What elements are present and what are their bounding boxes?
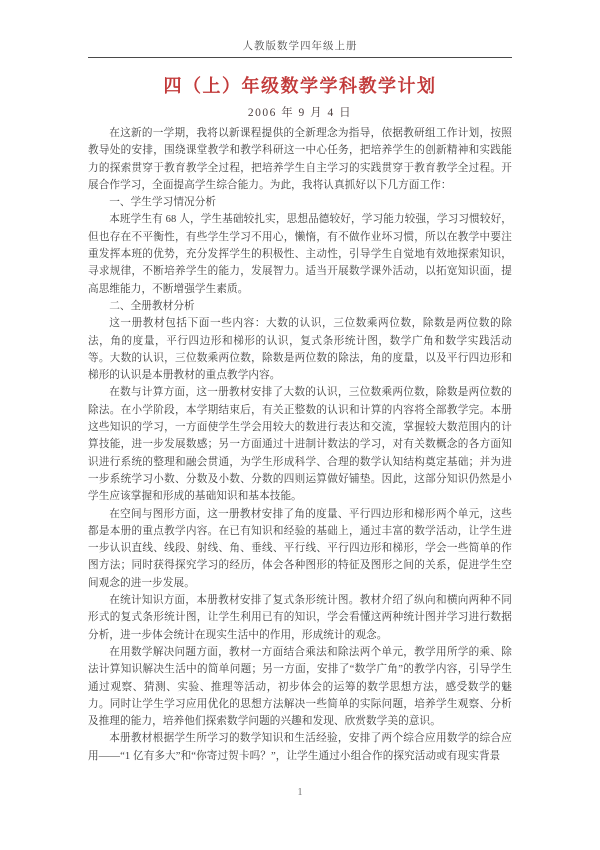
document-title: 四（上）年级数学学科教学计划 — [0, 72, 600, 98]
paragraph-space-geometry: 在空间与图形方面，这一册教材安排了角的度量、平行四边形和梯形两个单元，这些都是本… — [88, 506, 512, 592]
paragraph-problem-solving: 在用数学解决问题方面，教材一方面结合乘法和除法两个单元，教学用所学的乘、除法计算… — [88, 644, 512, 730]
paragraph-statistics: 在统计知识方面，本册教材安排了复式条形统计图。教材介绍了纵向和横向两种不同形式的… — [88, 592, 512, 644]
paragraph-textbook-overview: 这一册教材包括下面一些内容：大数的认识，三位数乘两位数，除数是两位数的除法，角的… — [88, 315, 512, 384]
page-header: 人教版数学四年级上册 — [88, 38, 512, 58]
section-heading-textbook-analysis: 二、全册教材分析 — [88, 298, 512, 315]
paragraph-comprehensive-application: 本册教材根据学生所学习的数学知识和生活经验，安排了两个综合应用数学的综合应用——… — [88, 730, 512, 765]
document-date: 2006 年 9 月 4 日 — [0, 104, 600, 120]
section-heading-student-analysis: 一、学生学习情况分析 — [88, 194, 512, 211]
paragraph-number-computation: 在数与计算方面，这一册教材安排了大数的认识，三位数乘两位数，除数是两位数的除法。… — [88, 384, 512, 505]
page-header-text: 人教版数学四年级上册 — [243, 41, 358, 52]
document-page: 人教版数学四年级上册 四（上）年级数学学科教学计划 2006 年 9 月 4 日… — [0, 0, 600, 850]
paragraph-student-analysis: 本班学生有 68 人，学生基础较扎实，思想品德较好，学习能力较强，学习习惯较好，… — [88, 211, 512, 297]
page-number: 1 — [0, 787, 600, 798]
document-body: 在这新的一学期，我将以新课程提供的全新理念为指导，依据教研组工作计划，按照教导处… — [88, 125, 512, 765]
paragraph-intro: 在这新的一学期，我将以新课程提供的全新理念为指导，依据教研组工作计划，按照教导处… — [88, 125, 512, 194]
